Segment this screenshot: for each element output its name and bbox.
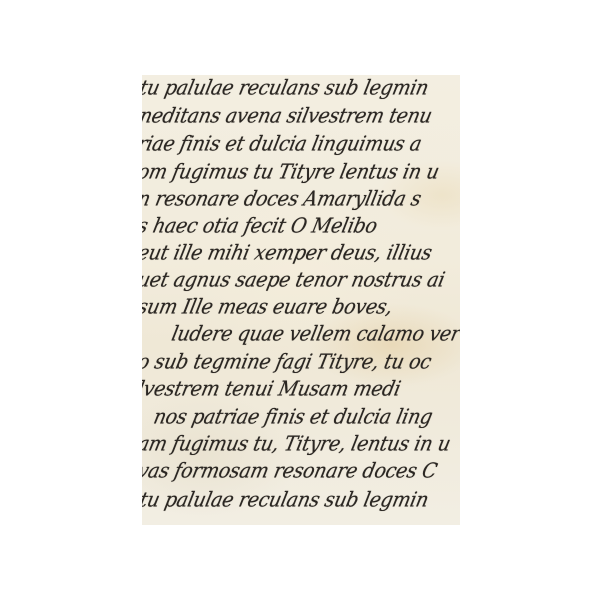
handwriting-line: neditans avena silvestrem tenu <box>142 104 434 128</box>
handwriting-line: s haec otia fecit O Melibo <box>142 214 379 238</box>
handwriting-line: om fugimus tu Tityre lentus in u <box>142 160 441 184</box>
handwriting-line: o sub tegmine fagi Tityre, tu oc <box>142 350 433 374</box>
handwriting-line: uet agnus saepe tenor nostrus ai <box>142 268 447 292</box>
handwriting-line: tu palulae reculans sub legmin <box>142 488 431 512</box>
handwriting-line: nos patriae finis et dulcia ling <box>151 405 434 429</box>
handwriting-line: riae finis et dulcia linguimus a <box>142 132 424 156</box>
handwriting-line: ludere quae vellem calamo ver <box>169 322 460 346</box>
handwriting-line: sum Ille meas euare boves, <box>142 295 395 319</box>
handwritten-paper: tu palulae reculans sub legmin neditans … <box>142 75 460 525</box>
handwriting-line: vas formosam resonare doces C <box>142 459 439 483</box>
handwriting-line: n resonare doces Amaryllida s <box>142 187 423 211</box>
handwriting-line: am fugimus tu, Tityre, lentus in u <box>142 432 453 456</box>
handwriting-line: lvestrem tenui Musam medi <box>142 377 403 401</box>
handwriting-line: tu palulae reculans sub legmin <box>142 76 431 100</box>
image-canvas: tu palulae reculans sub legmin neditans … <box>0 0 600 600</box>
handwriting-line: eut ille mihi xemper deus, illius <box>142 241 434 265</box>
